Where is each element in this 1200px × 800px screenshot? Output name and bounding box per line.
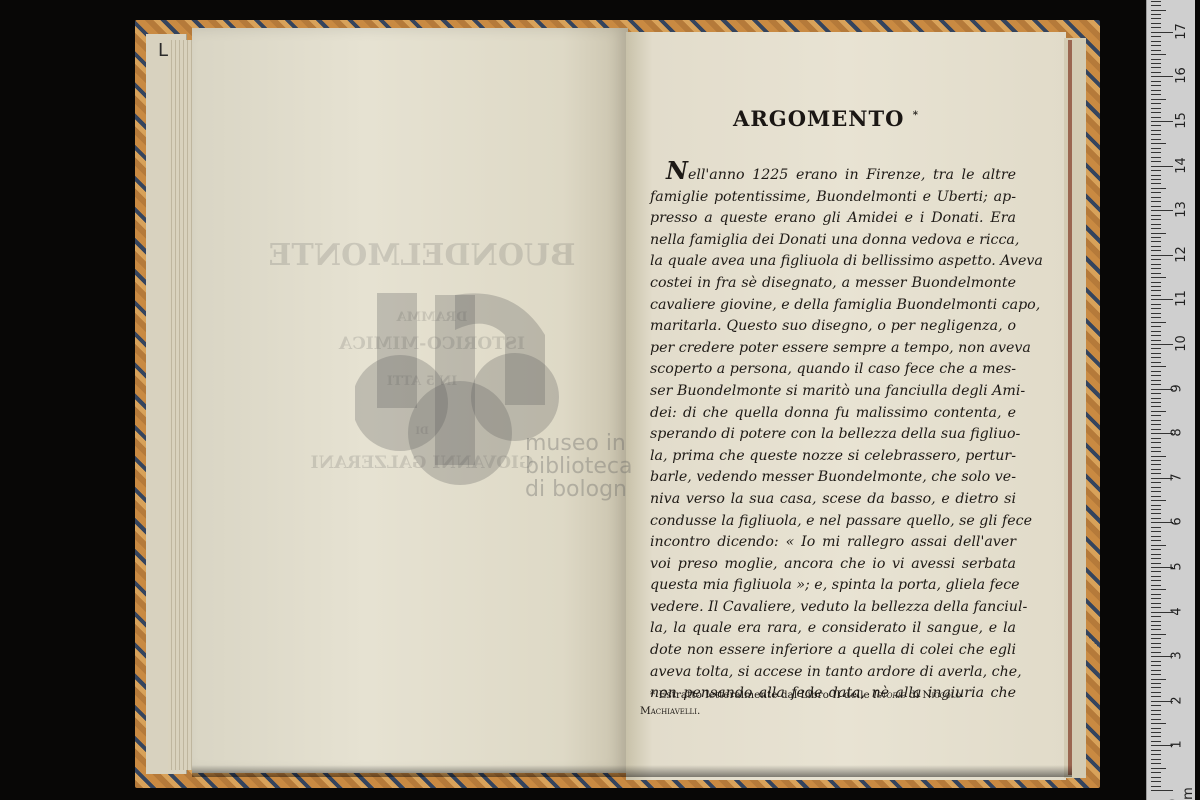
ruler-tick xyxy=(1151,420,1161,421)
ruler-tick xyxy=(1151,518,1161,519)
ruler-tick xyxy=(1151,130,1161,131)
ruler-tick xyxy=(1151,456,1166,457)
ruler-tick xyxy=(1151,375,1161,376)
ruler-tick xyxy=(1151,549,1161,550)
text-line: voi preso moglie, ancora che io vi avess… xyxy=(650,554,1016,576)
ruler-tick xyxy=(1151,487,1161,488)
ruler-tick xyxy=(1151,148,1161,149)
ruler-tick xyxy=(1151,161,1161,162)
ruler-tick xyxy=(1151,304,1161,305)
footnote-marker: * xyxy=(913,110,919,121)
ruler-tick xyxy=(1151,451,1161,452)
watermark-line: museo in xyxy=(525,432,632,455)
ruler-tick xyxy=(1151,290,1161,291)
ruler-tick xyxy=(1151,469,1161,470)
ruler-tick xyxy=(1151,99,1166,100)
ruler-tick xyxy=(1151,563,1161,564)
ruler-tick xyxy=(1151,317,1161,318)
ruler-tick xyxy=(1151,447,1161,448)
bleed-through-title: BUONDELMONTE xyxy=(262,238,582,273)
ruler-tick xyxy=(1151,170,1161,171)
ruler-tick xyxy=(1151,45,1161,46)
text-line: vedere. Il Cavaliere, veduto la bellezza… xyxy=(650,597,1016,619)
footnote-text: di xyxy=(906,689,923,701)
ruler-tick xyxy=(1151,576,1161,577)
ruler-tick xyxy=(1151,1,1161,2)
ruler-tick xyxy=(1151,438,1161,439)
ruler-tick xyxy=(1151,103,1161,104)
text-line: cavaliere giovine, e della famiglia Buon… xyxy=(650,295,1016,317)
text-line: dei: di che quella donna fu malissimo co… xyxy=(650,403,1016,425)
ruler-tick xyxy=(1151,112,1161,113)
ruler-tick xyxy=(1151,768,1166,769)
ruler-tick xyxy=(1151,647,1161,648)
text-line: nella famiglia dei Donati una donna vedo… xyxy=(650,230,1016,252)
ruler-tick xyxy=(1151,14,1161,15)
text-line: condusse la figliuola, e nel passare que… xyxy=(650,511,1016,533)
ruler-tick xyxy=(1151,85,1161,86)
ruler-tick xyxy=(1151,393,1161,394)
ruler-number: 1 xyxy=(1170,741,1185,749)
text-line: scoperto a persona, quando il caso fece … xyxy=(650,359,1016,381)
ruler-tick xyxy=(1151,634,1166,635)
ruler-tick xyxy=(1151,598,1161,599)
ruler-number: 2 xyxy=(1170,696,1185,704)
ruler-tick xyxy=(1151,250,1161,251)
text-line: dote non essere inferiore a quella di co… xyxy=(650,640,1016,662)
ruler-tick xyxy=(1151,442,1161,443)
ruler-tick xyxy=(1151,781,1161,782)
ruler-tick xyxy=(1151,580,1161,581)
text-line: questa mia figliuola »; e, spinta la por… xyxy=(650,575,1016,597)
ruler-tick xyxy=(1151,233,1166,234)
ruler-tick xyxy=(1151,607,1161,608)
ruler-number: 12 xyxy=(1174,246,1189,263)
ruler-tick xyxy=(1151,192,1161,193)
ruler-tick xyxy=(1151,81,1161,82)
ruler-tick xyxy=(1151,380,1161,381)
ruler-tick xyxy=(1151,237,1161,238)
ruler-tick xyxy=(1151,763,1161,764)
ruler-tick xyxy=(1151,264,1161,265)
ruler-tick xyxy=(1151,201,1161,202)
ruler-tick xyxy=(1151,696,1161,697)
ruler-tick xyxy=(1151,134,1161,135)
ruler-tick xyxy=(1151,603,1161,604)
ruler-tick xyxy=(1151,692,1161,693)
ruler-tick xyxy=(1151,714,1161,715)
text-line: Nell'anno 1225 erano in Firenze, tra le … xyxy=(650,160,1016,187)
ruler-tick xyxy=(1151,398,1161,399)
ruler-tick xyxy=(1151,18,1161,19)
ruler-tick xyxy=(1151,67,1161,68)
ruler-tick xyxy=(1151,670,1161,671)
ruler-tick xyxy=(1151,531,1161,532)
ruler-tick xyxy=(1151,750,1161,751)
ruler-tick xyxy=(1151,344,1173,345)
ruler-tick xyxy=(1151,10,1166,11)
ruler-tick xyxy=(1151,241,1161,242)
ruler-tick xyxy=(1151,224,1161,225)
ruler-tick xyxy=(1151,683,1161,684)
ruler-tick xyxy=(1151,429,1161,430)
ruler-tick xyxy=(1151,491,1161,492)
ruler-tick xyxy=(1151,308,1161,309)
ruler-tick xyxy=(1151,371,1161,372)
ruler-tick xyxy=(1151,554,1161,555)
ruler-tick xyxy=(1151,353,1161,354)
ruler-number: 13 xyxy=(1174,201,1189,218)
ruler-tick xyxy=(1151,326,1161,327)
corner-pencil-mark: L xyxy=(158,40,168,61)
ruler-tick xyxy=(1151,777,1161,778)
ruler-number: 6 xyxy=(1170,518,1185,526)
ruler-tick xyxy=(1151,188,1166,189)
ruler-number: 9 xyxy=(1170,384,1185,392)
ruler-tick xyxy=(1151,772,1161,773)
ruler-tick xyxy=(1151,23,1161,24)
ruler-tick xyxy=(1151,527,1161,528)
ruler-tick xyxy=(1151,348,1161,349)
ruler-tick xyxy=(1151,277,1166,278)
text-line: la quale avea una figliuola di bellissim… xyxy=(650,251,1016,273)
ruler-tick xyxy=(1151,536,1161,537)
ruler-number: 3 xyxy=(1170,652,1185,660)
ruler-tick xyxy=(1151,255,1173,256)
ruler-tick xyxy=(1151,674,1161,675)
ruler-tick xyxy=(1151,513,1161,514)
ruler-tick xyxy=(1151,166,1173,167)
text-line: per credere poter essere sempre a tempo,… xyxy=(650,338,1016,360)
text-line: aveva tolta, si accese in tanto ardore d… xyxy=(650,662,1016,684)
ruler-tick xyxy=(1151,139,1161,140)
ruler-tick xyxy=(1151,90,1161,91)
ruler-tick xyxy=(1151,643,1161,644)
ruler-tick xyxy=(1151,41,1161,42)
footnote-work-title: Istorie xyxy=(873,689,906,701)
ruler-tick xyxy=(1151,54,1166,55)
ruler-tick xyxy=(1151,384,1161,385)
ruler-tick xyxy=(1151,594,1161,595)
ruler-tick xyxy=(1151,571,1161,572)
ruler-tick xyxy=(1151,616,1161,617)
ruler-tick xyxy=(1151,424,1161,425)
text-line: la, prima che queste nozze si celebrasse… xyxy=(650,446,1016,468)
measurement-ruler: 0 cm1234567891011121314151617 xyxy=(1146,0,1195,800)
ruler-tick xyxy=(1151,143,1166,144)
ruler-tick xyxy=(1151,206,1161,207)
ruler-tick xyxy=(1151,179,1161,180)
ruler-tick xyxy=(1151,638,1161,639)
ruler-tick xyxy=(1151,665,1161,666)
ruler-tick xyxy=(1151,322,1166,323)
ruler-tick xyxy=(1151,125,1161,126)
text-line: costei in fra sè disegnato, a messer Buo… xyxy=(650,273,1016,295)
ruler-number: 17 xyxy=(1174,23,1189,40)
text-line: ser Buondelmonte si maritò una fanciulla… xyxy=(650,381,1016,403)
ruler-tick xyxy=(1151,719,1161,720)
ruler-tick xyxy=(1151,705,1161,706)
ruler-number: 11 xyxy=(1174,291,1189,308)
ruler-tick xyxy=(1151,152,1161,153)
footnote-text: Estratto letteralmente dal Libro II dell… xyxy=(659,689,873,701)
text-line: sperando di potere con la bellezza della… xyxy=(650,424,1016,446)
ruler-tick xyxy=(1151,540,1161,541)
ruler-number: 10 xyxy=(1174,335,1189,352)
ruler-tick xyxy=(1151,723,1166,724)
ruler-tick xyxy=(1151,589,1166,590)
ruler-tick xyxy=(1151,286,1161,287)
watermark-line: biblioteca xyxy=(525,455,632,478)
ruler-tick xyxy=(1151,687,1161,688)
text-line: barle, vedendo messer Buondelmonte, che … xyxy=(650,467,1016,489)
ruler-tick xyxy=(1151,259,1161,260)
ruler-tick xyxy=(1151,661,1161,662)
ruler-tick xyxy=(1151,473,1161,474)
ruler-tick xyxy=(1151,759,1161,760)
ruler-tick xyxy=(1151,72,1161,73)
text-line: presso a queste erano gli Amidei e i Don… xyxy=(650,208,1016,230)
ruler-tick xyxy=(1151,219,1161,220)
text-line: maritarla. Questo suo disegno, o per neg… xyxy=(650,316,1016,338)
ruler-tick xyxy=(1151,273,1161,274)
ruler-tick xyxy=(1151,5,1161,6)
ruler-tick xyxy=(1151,210,1173,211)
ruler-number: 7 xyxy=(1170,473,1185,481)
ruler-number: 5 xyxy=(1170,562,1185,570)
ruler-tick xyxy=(1151,197,1161,198)
ruler-tick xyxy=(1151,340,1161,341)
footnote: * Estratto letteralmente dal Libro II de… xyxy=(640,687,1020,719)
ruler-tick xyxy=(1151,335,1161,336)
ruler-tick xyxy=(1151,27,1161,28)
footnote-mark: * xyxy=(650,689,655,701)
ruler-unit-label: 0 cm xyxy=(1166,779,1196,800)
ruler-tick xyxy=(1151,509,1161,510)
ruler-tick xyxy=(1151,108,1161,109)
ruler-number: 15 xyxy=(1174,112,1189,129)
ruler-tick xyxy=(1151,63,1161,64)
ruler-tick xyxy=(1151,268,1161,269)
ruler-tick xyxy=(1151,460,1161,461)
text-line: incontro dicendo: « Io mi rallegro assai… xyxy=(650,532,1016,554)
ruler-tick xyxy=(1151,121,1173,122)
ruler-tick xyxy=(1151,331,1161,332)
ruler-tick xyxy=(1151,621,1161,622)
ruler-tick xyxy=(1151,496,1161,497)
watermark-line: di bologn xyxy=(525,478,632,501)
ruler-tick xyxy=(1151,710,1161,711)
ruler-tick xyxy=(1151,94,1161,95)
text-line: niva verso la sua casa, scese da basso, … xyxy=(650,489,1016,511)
ruler-tick xyxy=(1151,728,1161,729)
page-bottom-shadow xyxy=(192,765,1072,777)
ruler-tick xyxy=(1151,282,1161,283)
ruler-tick xyxy=(1151,299,1173,300)
ruler-number: 8 xyxy=(1170,429,1185,437)
watermark-text: museo in biblioteca di bologn xyxy=(525,432,632,501)
ruler-tick xyxy=(1151,415,1161,416)
page-stack-edges xyxy=(168,40,194,770)
ruler-tick xyxy=(1151,366,1166,367)
ruler-tick xyxy=(1151,215,1161,216)
text-line: la, la quale era rara, e considerato il … xyxy=(650,618,1016,640)
ruler-tick xyxy=(1151,117,1161,118)
body-text: Nell'anno 1225 erano in Firenze, tra le … xyxy=(650,160,1016,705)
ruler-tick xyxy=(1151,50,1161,51)
ruler-tick xyxy=(1151,786,1161,787)
ruler-tick xyxy=(1151,652,1161,653)
ruler-tick xyxy=(1151,464,1161,465)
ruler-number: 14 xyxy=(1174,157,1189,174)
ruler-tick xyxy=(1151,362,1161,363)
ruler-tick xyxy=(1151,183,1161,184)
heading-text: ARGOMENTO xyxy=(733,106,904,131)
ruler-tick xyxy=(1151,545,1166,546)
ruler-tick xyxy=(1151,500,1166,501)
text-line: famiglie potentissime, Buondelmonti e Ub… xyxy=(650,187,1016,209)
ruler-tick xyxy=(1151,32,1173,33)
drop-cap: N xyxy=(666,156,688,185)
footnote-author: Machiavelli. xyxy=(640,705,700,717)
ruler-tick xyxy=(1151,629,1161,630)
ruler-tick xyxy=(1151,754,1161,755)
ruler-tick xyxy=(1151,505,1161,506)
ruler-tick xyxy=(1151,157,1161,158)
ruler-tick xyxy=(1151,36,1161,37)
ruler-tick xyxy=(1151,482,1161,483)
ruler-number: 4 xyxy=(1170,607,1185,615)
ruler-tick xyxy=(1151,558,1161,559)
ruler-tick xyxy=(1151,246,1161,247)
ruler-tick xyxy=(1151,295,1161,296)
ruler-tick xyxy=(1151,357,1161,358)
ruler-number: 16 xyxy=(1174,68,1189,85)
ruler-tick xyxy=(1151,625,1161,626)
ruler-tick xyxy=(1151,228,1161,229)
ruler-tick xyxy=(1151,313,1161,314)
ruler-tick xyxy=(1151,406,1161,407)
footnote-author: Niccolò xyxy=(922,689,961,701)
ruler-tick xyxy=(1151,732,1161,733)
bookmark-ribbon xyxy=(1068,40,1072,775)
ruler-tick xyxy=(1151,741,1161,742)
ruler-tick xyxy=(1151,59,1161,60)
page-heading: ARGOMENTO * xyxy=(626,106,1026,131)
ruler-tick xyxy=(1151,736,1161,737)
ruler-tick xyxy=(1151,585,1161,586)
ruler-tick xyxy=(1151,76,1173,77)
ruler-tick xyxy=(1151,175,1161,176)
ruler-tick xyxy=(1151,402,1161,403)
text-line-content: ell'anno 1225 erano in Firenze, tra le a… xyxy=(688,167,1016,183)
ruler-tick xyxy=(1151,411,1166,412)
ruler-tick xyxy=(1151,679,1166,680)
